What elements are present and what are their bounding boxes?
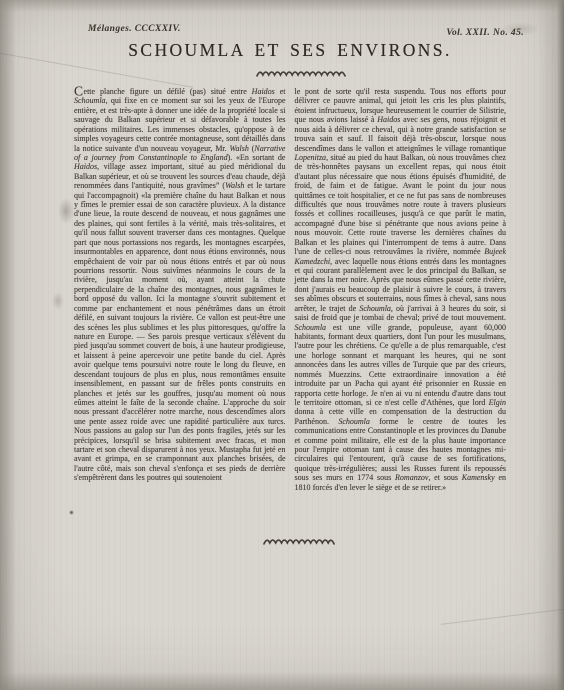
- series-label: Mélanges. CCCXXIV.: [88, 24, 181, 34]
- volume-number-label: Vol. XXII. No. 45.: [446, 28, 524, 38]
- text-column-right: le pont de sorte qu'il resta suspendu. T…: [295, 87, 507, 492]
- wavy-rule-icon: [263, 537, 335, 546]
- ink-dot: [69, 510, 74, 515]
- paper-crease: [441, 608, 564, 625]
- ink-blotch: [52, 292, 64, 310]
- ink-blotch: [58, 198, 74, 224]
- page-title: SCHOUMLA ET SES ENVIRONS.: [74, 40, 506, 61]
- text-column-left: Cette planche figure un défilé (pas) sit…: [74, 87, 286, 492]
- article-body: Cette planche figure un défilé (pas) sit…: [74, 87, 506, 492]
- scanned-page: Mélanges. CCCXXIV. Vol. XXII. No. 45. SC…: [0, 0, 564, 690]
- wavy-rule-icon: [256, 69, 346, 78]
